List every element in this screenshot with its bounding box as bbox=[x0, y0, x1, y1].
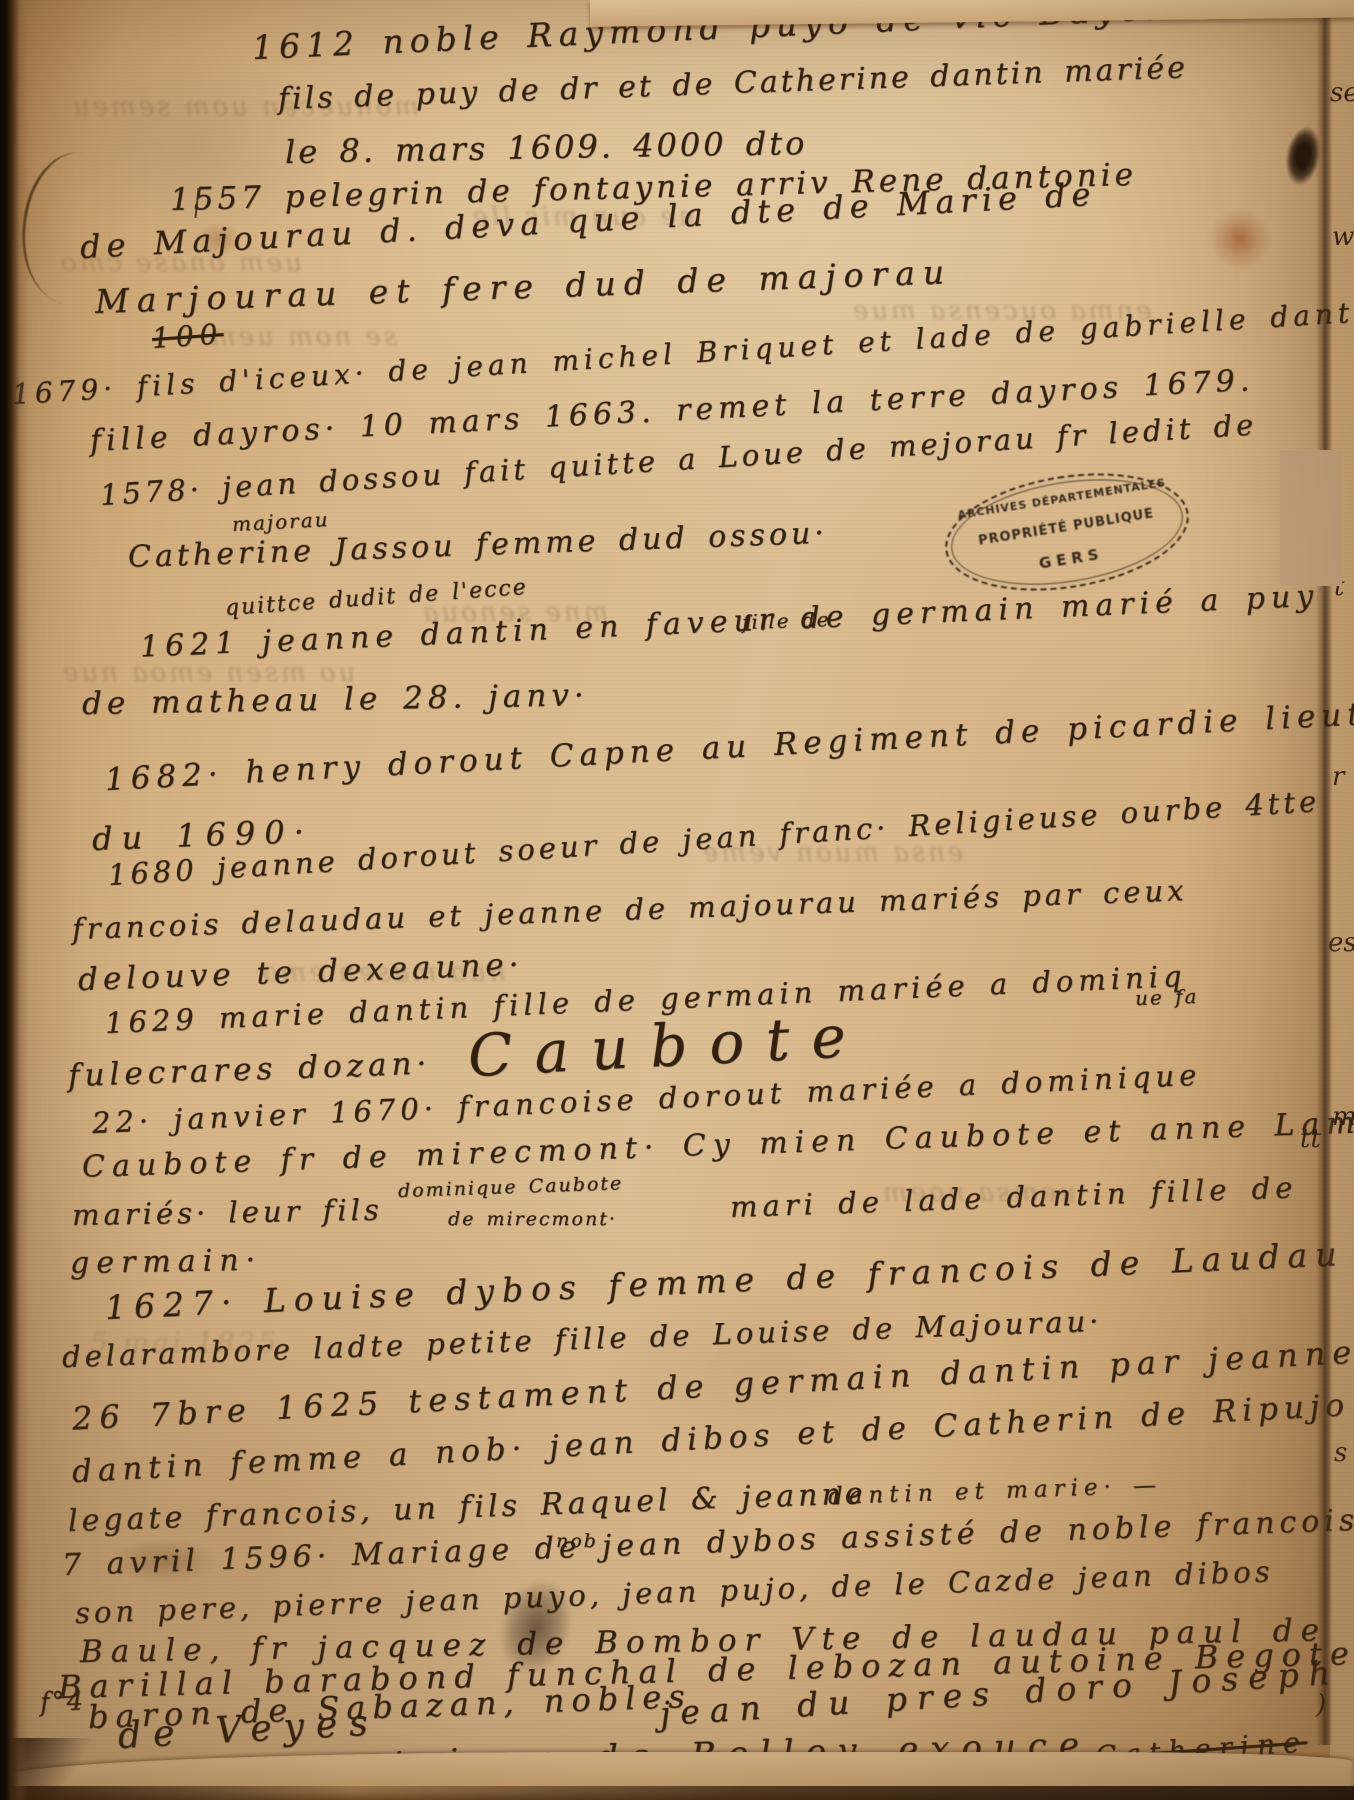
edge-ink-fragment: w bbox=[1332, 222, 1354, 252]
insert-majorau: majorau bbox=[231, 507, 330, 536]
insert-ue-fa: ue fa bbox=[1135, 984, 1199, 1010]
edge-ink-fragment: r bbox=[1332, 762, 1344, 792]
entry-1670-line3: mariés· leur fils bbox=[72, 1193, 383, 1232]
edge-ink-fragment: se bbox=[1330, 78, 1354, 108]
entry-1670-line5: germain· bbox=[70, 1243, 263, 1281]
bottom-shadow bbox=[0, 1786, 1354, 1800]
struck-number: 100 bbox=[151, 317, 225, 355]
right-page-edge bbox=[1316, 0, 1332, 1745]
bleedthrough-line: se nom uem bbox=[208, 322, 397, 352]
folio-number: f°4 bbox=[39, 1686, 85, 1718]
insert-de-mirecmont: de mirecmont· bbox=[448, 1208, 617, 1230]
book-binding-edge bbox=[0, 0, 30, 1800]
edge-ink-fragment: m bbox=[1332, 1102, 1354, 1132]
insert-nob: nob bbox=[556, 1530, 598, 1552]
manuscript-photo: monuecen uom semeu ne cun mis lle uem on… bbox=[0, 0, 1354, 1800]
repair-patch bbox=[1280, 450, 1342, 586]
edge-ink-fragment: s bbox=[1334, 1438, 1347, 1468]
insert-fille-de: fille de bbox=[742, 607, 831, 634]
